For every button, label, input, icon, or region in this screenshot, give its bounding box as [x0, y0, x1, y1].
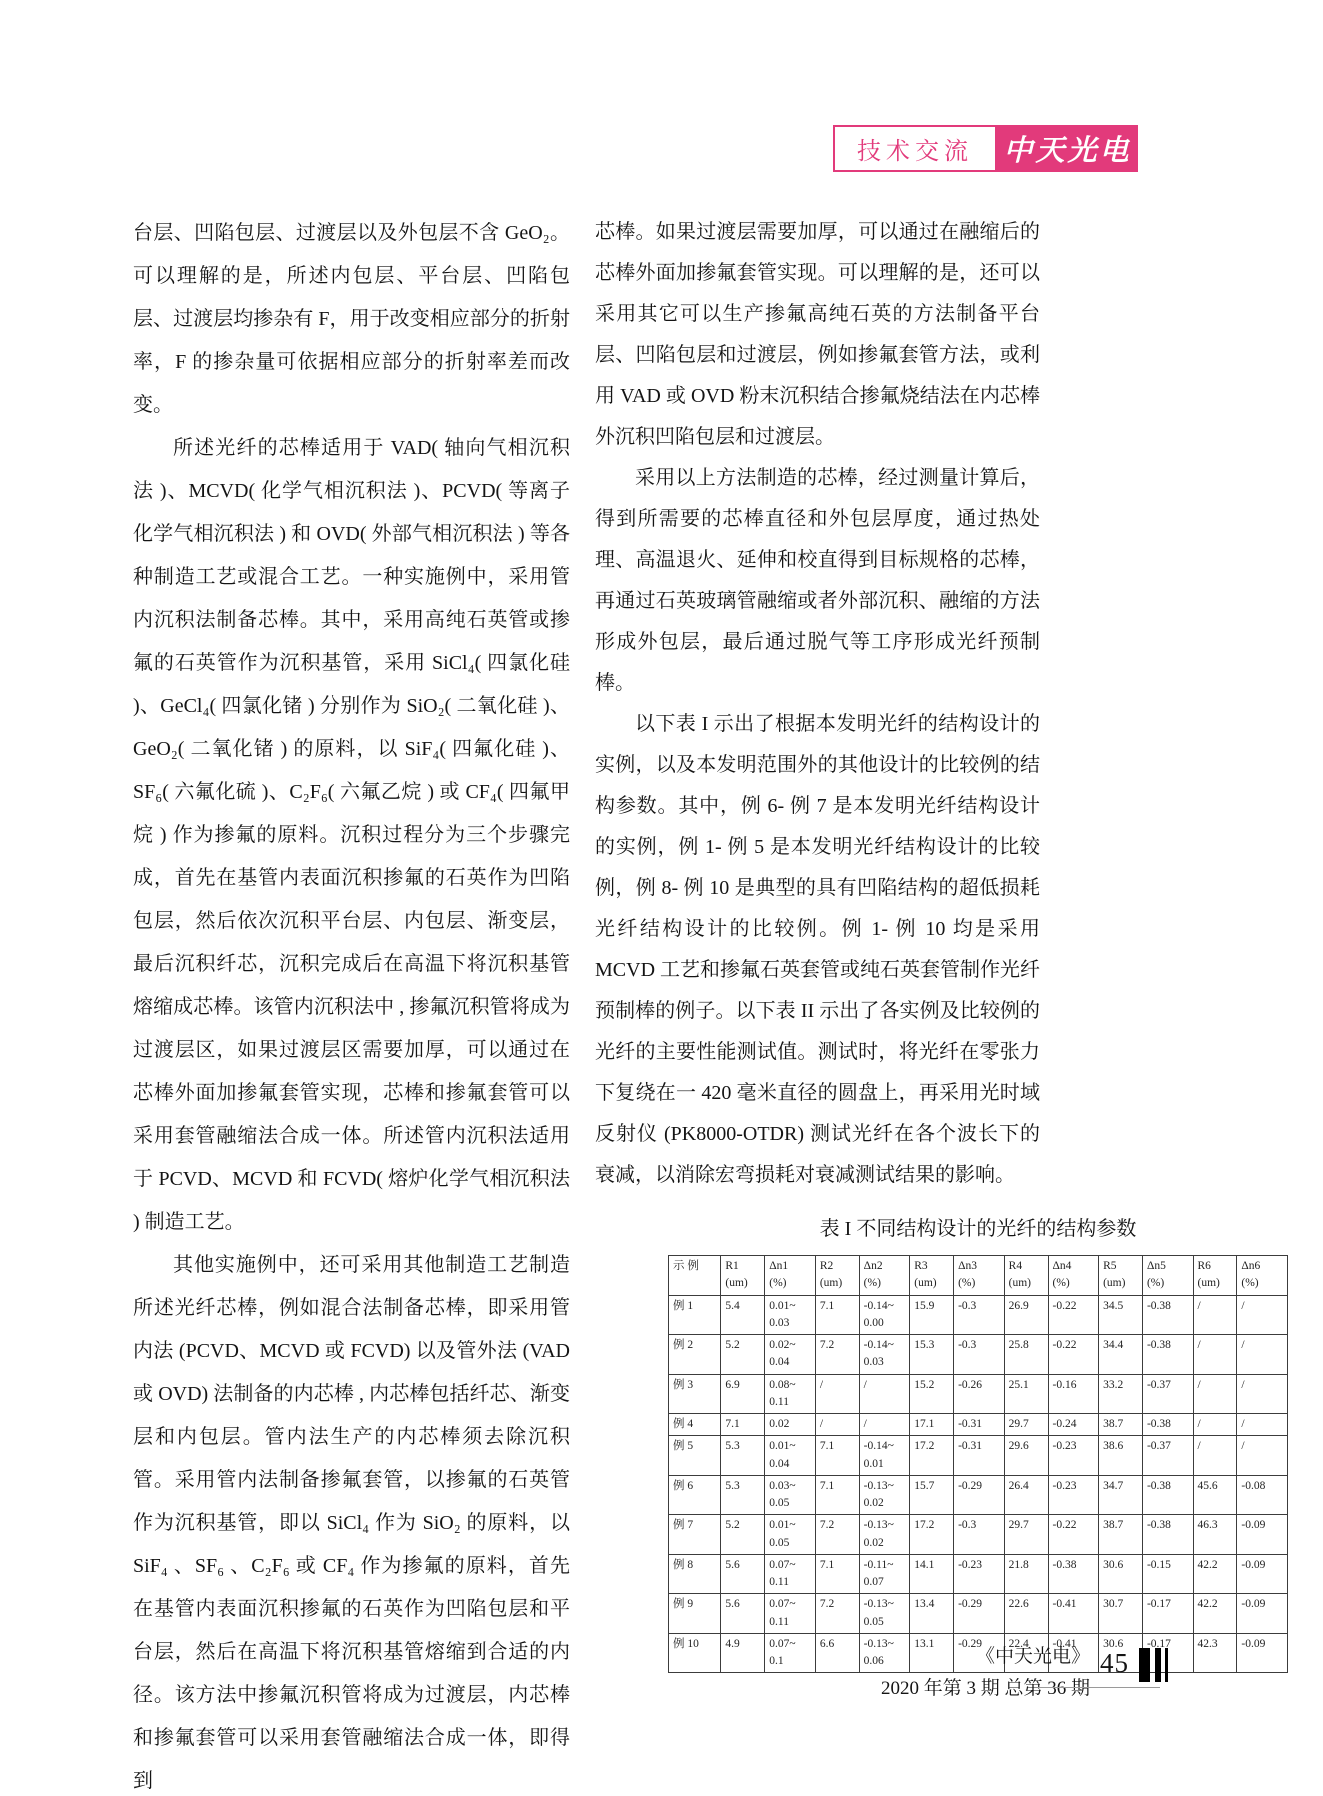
footer-bar-thin	[1165, 1648, 1168, 1682]
paragraph: 以下表 I 示出了根据本发明光纤的结构设计的实例，以及本发明范围外的其他设计的比…	[595, 704, 1040, 1196]
table-cell: 0.07~ 0.11	[765, 1554, 816, 1594]
table-cell: /	[1193, 1374, 1237, 1414]
table-cell: 0.08~ 0.11	[765, 1374, 816, 1414]
table-caption: 表 I 不同结构设计的光纤的结构参数	[668, 1212, 1288, 1241]
table-cell: 0.01~ 0.04	[765, 1436, 816, 1476]
table-cell: /	[1193, 1335, 1237, 1375]
table-cell: /	[859, 1414, 910, 1436]
table-row: 例 36.90.08~ 0.11//15.2-0.2625.1-0.1633.2…	[669, 1374, 1288, 1414]
table-cell: -0.3	[954, 1515, 1005, 1555]
table-cell: 0.02~ 0.04	[765, 1335, 816, 1375]
table-cell: 33.2	[1099, 1374, 1143, 1414]
table-col-header: 示 例	[669, 1256, 721, 1296]
table-cell: -0.09	[1237, 1554, 1288, 1594]
page-number: 45	[1100, 1648, 1129, 1679]
table-col-header: R1 (um)	[721, 1256, 765, 1296]
table-cell: 0.01~ 0.03	[765, 1295, 816, 1335]
table-cell: -0.23	[1048, 1475, 1099, 1515]
paragraph: 其他实施例中，还可采用其他制造工艺制造所述光纤芯棒，例如混合法制备芯棒，即采用管…	[133, 1244, 570, 1796]
table-cell: -0.38	[1142, 1515, 1193, 1555]
table-cell: 22.6	[1004, 1594, 1048, 1634]
table-cell: /	[1193, 1295, 1237, 1335]
table-cell: 5.3	[721, 1475, 765, 1515]
table-cell: -0.23	[1048, 1436, 1099, 1476]
table-cell: -0.3	[954, 1335, 1005, 1375]
table-cell: 15.9	[910, 1295, 954, 1335]
table-col-header: Δn4 (%)	[1048, 1256, 1099, 1296]
table-cell: -0.17	[1142, 1594, 1193, 1634]
footer-issue-info: 2020 年第 3 期 总第 36 期	[770, 1673, 1090, 1705]
table-cell: 46.3	[1193, 1515, 1237, 1555]
table-cell: 7.1	[815, 1436, 859, 1476]
table-cell: -0.29	[954, 1594, 1005, 1634]
table-row: 例 75.20.01~ 0.057.2-0.13~ 0.0217.2-0.329…	[669, 1515, 1288, 1555]
header-section-label: 技术交流	[833, 125, 997, 172]
table-col-header: R5 (um)	[1099, 1256, 1143, 1296]
table-cell: 例 9	[669, 1594, 721, 1634]
table-cell: 6.9	[721, 1374, 765, 1414]
table-cell: -0.31	[954, 1436, 1005, 1476]
table-row: 例 15.40.01~ 0.037.1-0.14~ 0.0015.9-0.326…	[669, 1295, 1288, 1335]
table-cell: 38.7	[1099, 1414, 1143, 1436]
table-cell: 34.7	[1099, 1475, 1143, 1515]
table-col-header: R2 (um)	[815, 1256, 859, 1296]
table-cell: 例 5	[669, 1436, 721, 1476]
table-cell: -0.22	[1048, 1335, 1099, 1375]
table-cell: 30.6	[1099, 1554, 1143, 1594]
table-cell: 29.7	[1004, 1515, 1048, 1555]
table-cell: -0.38	[1048, 1554, 1099, 1594]
table-row: 例 47.10.02//17.1-0.3129.7-0.2438.7-0.38/…	[669, 1414, 1288, 1436]
paragraph: 所述光纤的芯棒适用于 VAD( 轴向气相沉积法 )、MCVD( 化学气相沉积法 …	[133, 427, 570, 1244]
table-row: 例 25.20.02~ 0.047.2-0.14~ 0.0315.3-0.325…	[669, 1335, 1288, 1375]
right-column: 芯棒。如果过渡层需要加厚，可以通过在融缩后的芯棒外面加掺氟套管实现。可以理解的是…	[595, 212, 1040, 1196]
table-cell: 30.7	[1099, 1594, 1143, 1634]
table-cell: 5.3	[721, 1436, 765, 1476]
table-cell: 34.4	[1099, 1335, 1143, 1375]
right-column-region: 芯棒。如果过渡层需要加厚，可以通过在融缩后的芯棒外面加掺氟套管实现。可以理解的是…	[595, 212, 1290, 1673]
table-cell: 38.7	[1099, 1515, 1143, 1555]
table-cell: 34.5	[1099, 1295, 1143, 1335]
table-cell: /	[1193, 1436, 1237, 1476]
table-col-header: R6 (um)	[1193, 1256, 1237, 1296]
table-cell: -0.11~ 0.07	[859, 1554, 910, 1594]
table-cell: 17.2	[910, 1436, 954, 1476]
table-cell: 5.4	[721, 1295, 765, 1335]
table-cell: /	[1237, 1335, 1288, 1375]
table-body: 例 15.40.01~ 0.037.1-0.14~ 0.0015.9-0.326…	[669, 1295, 1288, 1673]
brand-logo-text: 中天光电	[1003, 128, 1131, 169]
table-cell: 7.2	[815, 1515, 859, 1555]
paragraph: 采用以上方法制造的芯棒，经过测量计算后，得到所需要的芯棒直径和外包层厚度，通过热…	[595, 458, 1040, 704]
table-cell: -0.38	[1142, 1475, 1193, 1515]
table-cell: 例 7	[669, 1515, 721, 1555]
table-cell: -0.09	[1237, 1594, 1288, 1634]
table-cell: -0.41	[1048, 1594, 1099, 1634]
table-cell: /	[1193, 1414, 1237, 1436]
footer-journal-name: 《中天光电》	[770, 1641, 1090, 1673]
table-cell: 例 4	[669, 1414, 721, 1436]
table-cell: -0.26	[954, 1374, 1005, 1414]
table-cell: 42.3	[1193, 1633, 1237, 1673]
table-cell: -0.23	[954, 1554, 1005, 1594]
header-brand-logo: 中天光电	[997, 125, 1138, 172]
table-header-row: 示 例R1 (um)Δn1 (%)R2 (um)Δn2 (%)R3 (um)Δn…	[669, 1256, 1288, 1296]
table-cell: 29.6	[1004, 1436, 1048, 1476]
table-cell: -0.14~ 0.00	[859, 1295, 910, 1335]
table-cell: -0.09	[1237, 1515, 1288, 1555]
table-cell: 5.6	[721, 1554, 765, 1594]
table-cell: 26.9	[1004, 1295, 1048, 1335]
table-cell: 38.6	[1099, 1436, 1143, 1476]
table-cell: 7.1	[815, 1554, 859, 1594]
table-cell: 17.1	[910, 1414, 954, 1436]
table-cell: 例 10	[669, 1633, 721, 1673]
table-col-header: Δn6 (%)	[1237, 1256, 1288, 1296]
table-cell: -0.14~ 0.03	[859, 1335, 910, 1375]
table-cell: 45.6	[1193, 1475, 1237, 1515]
footer-bar-thick	[1139, 1648, 1150, 1682]
table-col-header: Δn3 (%)	[954, 1256, 1005, 1296]
table-cell: /	[1237, 1436, 1288, 1476]
table-row: 例 95.60.07~ 0.117.2-0.13~ 0.0513.4-0.292…	[669, 1594, 1288, 1634]
table-cell: 15.3	[910, 1335, 954, 1375]
table-cell: -0.22	[1048, 1295, 1099, 1335]
table-col-header: Δn5 (%)	[1142, 1256, 1193, 1296]
table-cell: -0.16	[1048, 1374, 1099, 1414]
footer-meta: 《中天光电》 2020 年第 3 期 总第 36 期	[770, 1641, 1090, 1705]
table-cell: 0.03~ 0.05	[765, 1475, 816, 1515]
table-row: 例 65.30.03~ 0.057.1-0.13~ 0.0215.7-0.292…	[669, 1475, 1288, 1515]
table-cell: 7.1	[815, 1475, 859, 1515]
table-col-header: Δn1 (%)	[765, 1256, 816, 1296]
table-col-header: Δn2 (%)	[859, 1256, 910, 1296]
table-cell: -0.13~ 0.02	[859, 1475, 910, 1515]
table-cell: 7.2	[815, 1594, 859, 1634]
table-cell: 5.2	[721, 1335, 765, 1375]
table-cell: /	[1237, 1374, 1288, 1414]
table-cell: -0.14~ 0.01	[859, 1436, 910, 1476]
table-cell: 4.9	[721, 1633, 765, 1673]
paragraph: 芯棒。如果过渡层需要加厚，可以通过在融缩后的芯棒外面加掺氟套管实现。可以理解的是…	[595, 212, 1040, 458]
table-cell: -0.13~ 0.02	[859, 1515, 910, 1555]
journal-page: 技术交流 中天光电 台层、凹陷包层、过渡层以及外包层不含 GeO₂。可以理解的是…	[0, 0, 1323, 1796]
table-cell: 例 2	[669, 1335, 721, 1375]
table-cell: 0.07~ 0.11	[765, 1594, 816, 1634]
table-cell: -0.37	[1142, 1436, 1193, 1476]
table-cell: -0.22	[1048, 1515, 1099, 1555]
table-cell: /	[859, 1374, 910, 1414]
table-cell: 例 6	[669, 1475, 721, 1515]
table-cell: -0.31	[954, 1414, 1005, 1436]
table-cell: 7.1	[721, 1414, 765, 1436]
table-cell: -0.13~ 0.05	[859, 1594, 910, 1634]
table-row: 例 55.30.01~ 0.047.1-0.14~ 0.0117.2-0.312…	[669, 1436, 1288, 1476]
table-cell: 29.7	[1004, 1414, 1048, 1436]
left-column: 台层、凹陷包层、过渡层以及外包层不含 GeO₂。可以理解的是，所述内包层、平台层…	[133, 212, 570, 1796]
table-cell: 0.01~ 0.05	[765, 1515, 816, 1555]
table-cell: 例 1	[669, 1295, 721, 1335]
table-cell: 42.2	[1193, 1554, 1237, 1594]
table-cell: /	[815, 1374, 859, 1414]
table-cell: 5.6	[721, 1594, 765, 1634]
table-cell: -0.38	[1142, 1295, 1193, 1335]
table-cell: 7.2	[815, 1335, 859, 1375]
footer-rule	[1038, 1687, 1160, 1688]
paragraph: 台层、凹陷包层、过渡层以及外包层不含 GeO₂。可以理解的是，所述内包层、平台层…	[133, 212, 570, 427]
table-cell: /	[1237, 1295, 1288, 1335]
table-header: 示 例R1 (um)Δn1 (%)R2 (um)Δn2 (%)R3 (um)Δn…	[669, 1256, 1288, 1296]
table-cell: 7.1	[815, 1295, 859, 1335]
table-cell: 例 3	[669, 1374, 721, 1414]
structure-parameters-table: 示 例R1 (um)Δn1 (%)R2 (um)Δn2 (%)R3 (um)Δn…	[668, 1255, 1288, 1673]
table-cell: 15.7	[910, 1475, 954, 1515]
table-cell: 17.2	[910, 1515, 954, 1555]
table-col-header: R3 (um)	[910, 1256, 954, 1296]
table-cell: 42.2	[1193, 1594, 1237, 1634]
table-cell: -0.15	[1142, 1554, 1193, 1594]
table-cell: 13.4	[910, 1594, 954, 1634]
table-cell: 26.4	[1004, 1475, 1048, 1515]
footer-bar-medium	[1155, 1648, 1161, 1682]
table-cell: -0.38	[1142, 1335, 1193, 1375]
footer-bars-icon	[1139, 1648, 1168, 1682]
table-cell: 14.1	[910, 1554, 954, 1594]
table-col-header: R4 (um)	[1004, 1256, 1048, 1296]
section-label-text: 技术交流	[857, 131, 973, 166]
table-cell: -0.09	[1237, 1633, 1288, 1673]
table-cell: 25.8	[1004, 1335, 1048, 1375]
table-cell: -0.29	[954, 1475, 1005, 1515]
table-cell: 例 8	[669, 1554, 721, 1594]
table-cell: 0.02	[765, 1414, 816, 1436]
table-cell: -0.37	[1142, 1374, 1193, 1414]
table-cell: -0.08	[1237, 1475, 1288, 1515]
table-cell: 5.2	[721, 1515, 765, 1555]
table-row: 例 85.60.07~ 0.117.1-0.11~ 0.0714.1-0.232…	[669, 1554, 1288, 1594]
table-cell: -0.38	[1142, 1414, 1193, 1436]
table-cell: /	[1237, 1414, 1288, 1436]
table-cell: -0.3	[954, 1295, 1005, 1335]
table-cell: 15.2	[910, 1374, 954, 1414]
table-cell: 21.8	[1004, 1554, 1048, 1594]
table-cell: 25.1	[1004, 1374, 1048, 1414]
table-cell: -0.24	[1048, 1414, 1099, 1436]
table-cell: /	[815, 1414, 859, 1436]
